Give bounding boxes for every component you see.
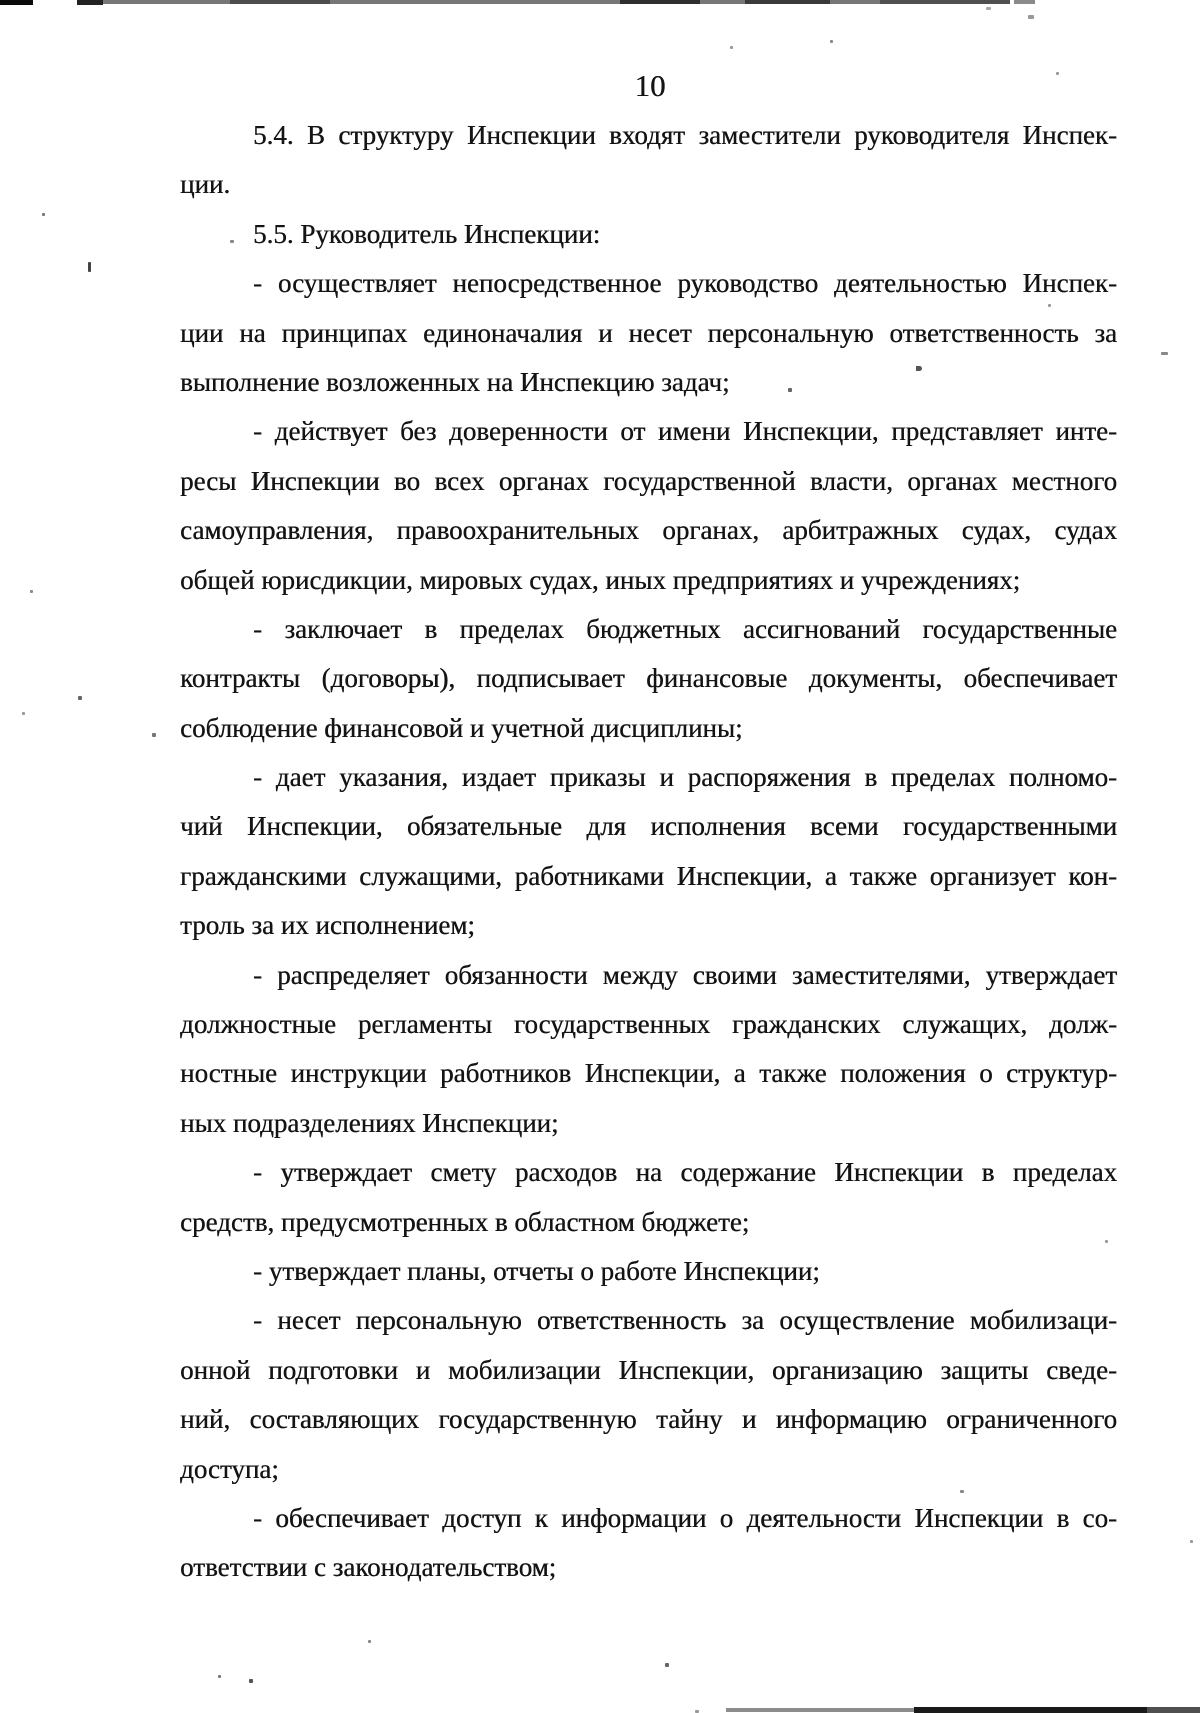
scan-speck <box>78 696 82 700</box>
text-line: самоуправления, правоохранительных орган… <box>180 506 1117 555</box>
text-line: - утверждает планы, отчеты о работе Инсп… <box>180 1247 1117 1296</box>
text-line: ресы Инспекции во всех органах государст… <box>180 457 1117 506</box>
text-line: общей юрисдикции, мировых судах, иных пр… <box>180 556 1117 605</box>
text-line: 5.5. Руководитель Инспекции: <box>180 210 1117 259</box>
text-line: ответствии с законодательством; <box>180 1543 1117 1592</box>
text-line: ний, составляющих государственную тайну … <box>180 1395 1117 1444</box>
top-edge-scan-band-gap <box>33 0 77 6</box>
top-edge-scan-band-segment <box>0 0 33 5</box>
scan-speck <box>1028 15 1034 19</box>
top-edge-scan-band-segment <box>1014 0 1035 4</box>
text-line: соблюдение финансовой и учетной дисципли… <box>180 704 1117 753</box>
top-edge-scan-band-segment <box>745 0 830 4</box>
text-line: - несет персональную ответственность за … <box>180 1296 1117 1345</box>
text-line: ции на принципах единоначалия и несет пе… <box>180 309 1117 358</box>
text-line: чий Инспекции, обязательные для исполнен… <box>180 802 1117 851</box>
scan-speck <box>249 1679 253 1683</box>
text-line: троль за их исполнением; <box>180 901 1117 950</box>
scan-speck <box>1190 1540 1193 1543</box>
document-text: 5.4. В структуру Инспекции входят замест… <box>180 111 1117 1593</box>
top-edge-scan-band-segment <box>620 0 700 4</box>
top-edge-scan-band-segment <box>77 0 103 5</box>
bottom-edge-scan-band-segment <box>726 1708 914 1712</box>
text-line: гражданскими служащими, работниками Инсп… <box>180 852 1117 901</box>
text-line: выполнение возложенных на Инспекцию зада… <box>180 358 1117 407</box>
text-line: контракты (договоры), подписывает финанс… <box>180 654 1117 703</box>
scan-speck <box>22 712 25 715</box>
top-edge-scan-band-segment <box>880 0 1010 4</box>
top-edge-scan-band-segment <box>230 0 330 4</box>
text-line: онной подготовки и мобилизации Инспекции… <box>180 1346 1117 1395</box>
scan-speck <box>665 1663 669 1667</box>
text-line: ностные инструкции работников Инспекции,… <box>180 1049 1117 1098</box>
text-line: - дает указания, издает приказы и распор… <box>180 753 1117 802</box>
scan-speck <box>88 262 91 272</box>
scan-speck <box>152 733 156 737</box>
text-line: должностные регламенты государственных г… <box>180 1000 1117 1049</box>
scan-speck <box>1161 352 1168 355</box>
text-line: ных подразделениях Инспекции; <box>180 1099 1117 1148</box>
document-page: 10 5.4. В структуру Инспекции входят зам… <box>0 0 1200 1713</box>
bottom-edge-scan-band-segment <box>1147 1707 1200 1713</box>
text-line: - утверждает смету расходов на содержани… <box>180 1148 1117 1197</box>
text-line: доступа; <box>180 1445 1117 1494</box>
scan-speck <box>218 1675 221 1678</box>
text-line: - распределяет обязанности между своими … <box>180 951 1117 1000</box>
text-line: - обеспечивает доступ к информации о дея… <box>180 1494 1117 1543</box>
text-line: - заключает в пределах бюджетных ассигно… <box>180 605 1117 654</box>
scan-speck <box>30 590 33 593</box>
page-number: 10 <box>580 68 720 104</box>
scan-speck <box>368 1640 371 1643</box>
bottom-edge-scan-band-segment <box>914 1707 1147 1713</box>
scan-speck <box>986 7 991 10</box>
scan-speck <box>42 213 45 216</box>
scan-speck <box>730 46 733 49</box>
text-line: ции. <box>180 160 1117 209</box>
scan-speck <box>830 40 833 43</box>
text-line: - осуществляет непосредственное руководс… <box>180 259 1117 308</box>
text-line: - действует без доверенности от имени Ин… <box>180 407 1117 456</box>
text-line: 5.4. В структуру Инспекции входят замест… <box>180 111 1117 160</box>
scan-speck <box>1056 72 1059 75</box>
text-line: средств, предусмотренных в областном бюд… <box>180 1198 1117 1247</box>
